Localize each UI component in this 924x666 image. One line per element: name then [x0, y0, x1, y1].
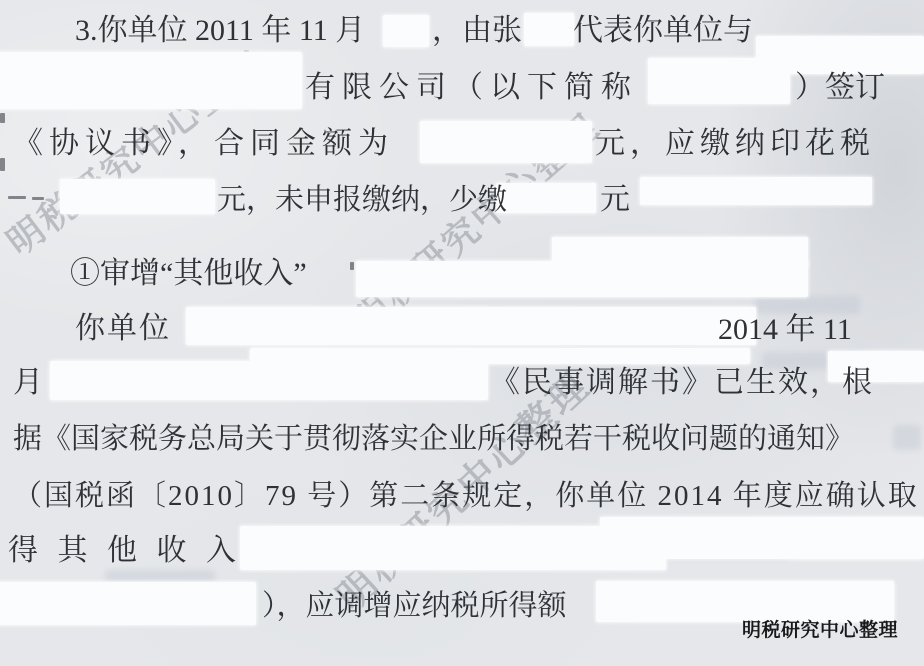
stray-mark: [0, 113, 5, 123]
text-line-2-segment-2: ）签订: [795, 70, 885, 106]
bleedthrough-ghost: [893, 425, 921, 450]
stray-mark: [0, 158, 5, 171]
text-line-9-segment-1: （国税函〔2010〕79 号）第二条规定，你单位 2014 年度应确认取: [13, 478, 919, 514]
text-line-3-segment-1: 《协议书》，合同金额为: [13, 126, 394, 162]
text-line-11-segment-1: ），应调增应纳税所得额: [262, 588, 567, 624]
redaction-box: [0, 52, 302, 109]
redaction-box: [356, 261, 808, 297]
redaction-box: [524, 13, 574, 46]
text-line-1-segment-3: 代表你单位与: [573, 13, 753, 49]
text-line-2-segment-1: 有限公司（以下简称: [305, 70, 638, 106]
text-line-5-segment-1: ①审增“其他收入”: [70, 256, 307, 292]
redaction-box: [600, 517, 924, 559]
redaction-box: [648, 58, 790, 104]
redaction-box: [50, 361, 488, 400]
bleedthrough-ghost: [105, 570, 215, 582]
redaction-box: [496, 183, 596, 213]
text-line-1-segment-1: 3.你单位 2011 年 11 月: [75, 13, 365, 49]
text-line-7-segment-1: 月: [13, 365, 43, 401]
text-line-4-segment-1: 元，未申报缴纳，少缴: [217, 182, 507, 218]
stray-mark: [350, 262, 354, 270]
stray-mark: [32, 197, 44, 200]
redaction-box: [60, 179, 215, 214]
redaction-box: [0, 582, 256, 625]
redaction-box: [640, 177, 872, 205]
redaction-box: [420, 121, 592, 163]
footer-credit: 明税研究中心整理: [742, 615, 898, 642]
redaction-box: [383, 15, 429, 47]
stray-mark: [8, 196, 26, 199]
text-line-3-segment-2: 元，应缴纳印花税: [595, 126, 875, 162]
text-line-4-segment-2: 元: [600, 182, 630, 218]
text-line-6-segment-1: 你单位: [75, 311, 171, 347]
text-line-10-segment-1: 得 其 他 收 入: [8, 533, 242, 569]
text-line-7-segment-2: 《民事调解书》已生效，根: [490, 365, 874, 401]
text-line-6-segment-2: 2014 年 11: [718, 312, 852, 348]
scanned-document-page: 明税研究中心整理 明税研究中心整理 明税研究中心整理 3.你单位 2011 年 …: [0, 0, 924, 666]
text-line-8-segment-1: 据《国家税务总局关于贯彻落实企业所得税若干税收问题的通知》: [13, 421, 854, 457]
redaction-box: [186, 307, 756, 345]
text-line-1-segment-2: ，由张: [432, 13, 522, 49]
